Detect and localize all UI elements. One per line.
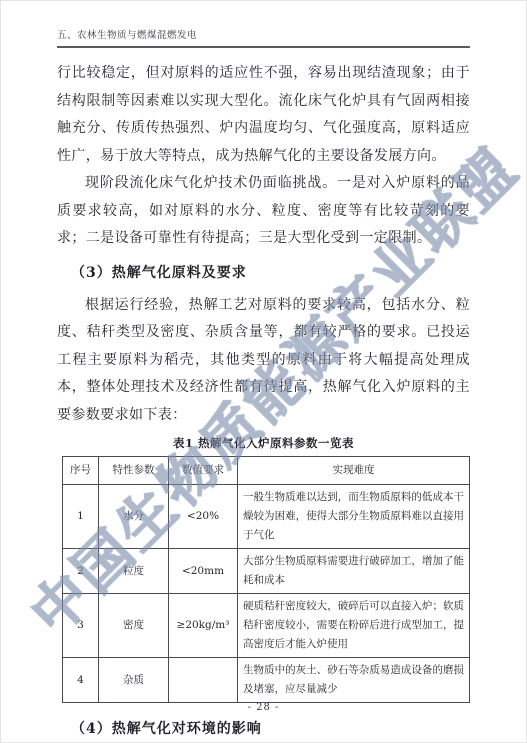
col-header-requirement: 数值要求 — [169, 457, 238, 485]
cell-difficulty: 大部分生物质原料需要进行破碎加工，增加了能耗和成本 — [238, 549, 470, 594]
cell-parameter: 粒度 — [99, 549, 169, 594]
cell-index: 4 — [63, 658, 99, 703]
cell-parameter: 密度 — [99, 594, 169, 658]
table-row: 4 杂质 生物质中的灰土、砂石等杂质易造成设备的磨损及堵塞，应尽量减少 — [63, 658, 470, 703]
cell-parameter: 水分 — [99, 485, 169, 549]
running-header: 五、农林生物质与燃煤混燃发电 — [57, 27, 470, 48]
cell-index: 1 — [63, 485, 99, 549]
cell-difficulty: 生物质中的灰土、砂石等杂质易造成设备的磨损及堵塞，应尽量减少 — [238, 658, 470, 703]
cell-requirement — [169, 658, 238, 703]
table-row: 1 水分 <20% 一般生物质难以达到，而生物质原料的低成本干燥较为困难，使得大… — [63, 485, 470, 549]
cell-requirement: <20% — [169, 485, 238, 549]
page-number: - 28 - — [0, 702, 527, 713]
table-caption: 表1 热解气化入炉原料参数一览表 — [57, 435, 470, 451]
cell-requirement: <20mm — [169, 549, 238, 594]
table-row: 3 密度 ≥20kg/m³ 硬质秸秆密度较大，破碎后可以直接入炉；软质秸秆密度较… — [63, 594, 470, 658]
cell-difficulty: 一般生物质难以达到，而生物质原料的低成本干燥较为困难，使得大部分生物质原料难以直… — [238, 485, 470, 549]
page-content: 行比较稳定，但对原料的适应性不强，容易出现结渣现象；由于结构限制等因素难以实现大… — [57, 60, 470, 743]
section-heading-3: （3）热解气化原料及要求 — [57, 260, 470, 286]
cell-index: 3 — [63, 594, 99, 658]
table-row: 2 粒度 <20mm 大部分生物质原料需要进行破碎加工，增加了能耗和成本 — [63, 549, 470, 594]
col-header-parameter: 特性参数 — [99, 457, 169, 485]
cell-requirement: ≥20kg/m³ — [169, 594, 238, 658]
cell-parameter: 杂质 — [99, 658, 169, 703]
feedstock-parameters-table: 序号 特性参数 数值要求 实现难度 1 水分 <20% 一般生物质难以达到，而生… — [62, 456, 470, 703]
col-header-difficulty: 实现难度 — [238, 457, 470, 485]
document-page: 五、农林生物质与燃煤混燃发电 行比较稳定，但对原料的适应性不强，容易出现结渣现象… — [0, 0, 527, 743]
col-header-index: 序号 — [63, 457, 99, 485]
paragraph-challenges: 现阶段流化床气化炉技术仍面临挑战。一是对入炉原料的品质要求较高，如对原料的水分、… — [57, 170, 470, 253]
table-header-row: 序号 特性参数 数值要求 实现难度 — [63, 457, 470, 485]
paragraph-feedstock-requirements: 根据运行经验，热解工艺对原料的要求较高，包括水分、粒度、秸秆类型及密度、杂质含量… — [57, 292, 470, 430]
section-heading-4: （4）热解气化对环境的影响 — [57, 716, 470, 742]
cell-index: 2 — [63, 549, 99, 594]
paragraph-continuation: 行比较稳定，但对原料的适应性不强，容易出现结渣现象；由于结构限制等因素难以实现大… — [57, 60, 470, 170]
cell-difficulty: 硬质秸秆密度较大，破碎后可以直接入炉；软质秸秆密度较小，需要在粉碎后进行成型加工… — [238, 594, 470, 658]
